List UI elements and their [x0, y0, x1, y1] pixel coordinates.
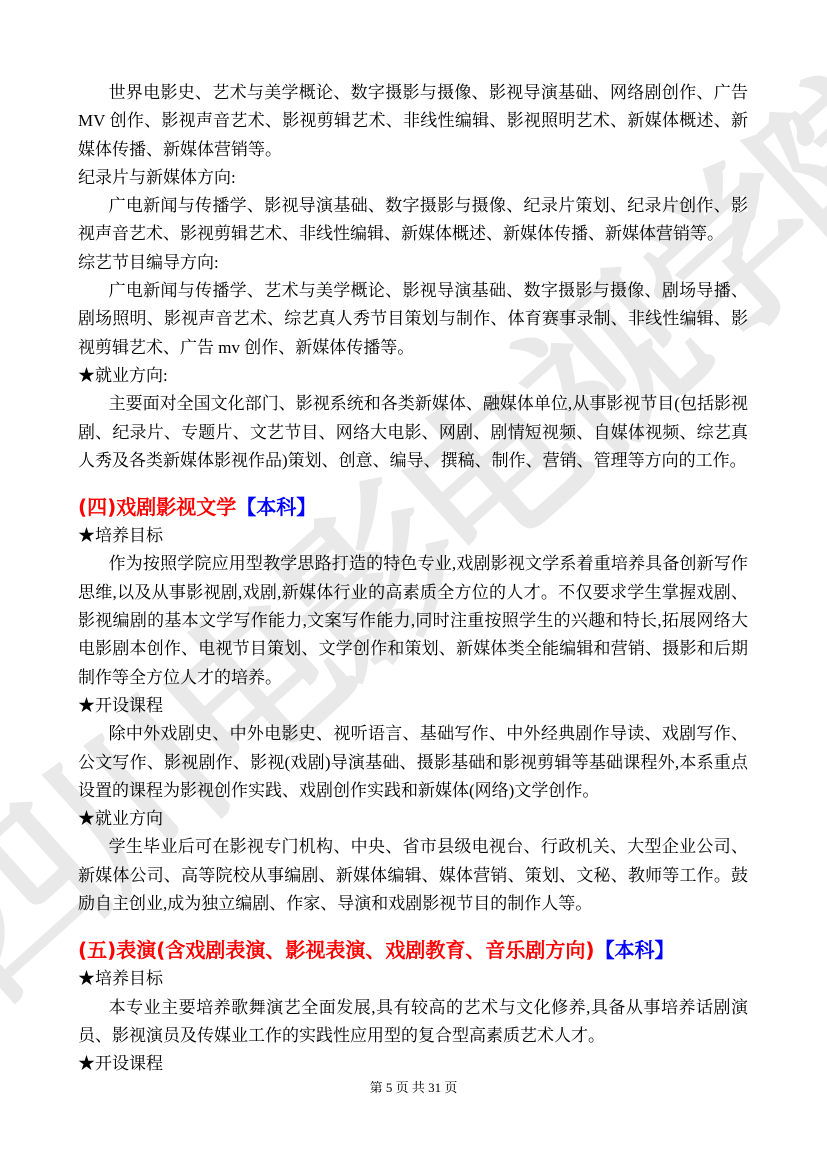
heading-title-text: (四)戏剧影视文学: [78, 495, 236, 519]
courses-label-sec5: ★开设课程: [78, 1050, 748, 1078]
paragraph-variety-courses: 广电新闻与传播学、艺术与美学概论、影视导演基础、数字摄影与摄像、剧场导播、剧场照…: [78, 277, 748, 362]
training-goal-label-sec4: ★培养目标: [78, 522, 748, 550]
paragraph-employment-sec4: 学生毕业后可在影视专门机构、中央、省市县级电视台、行政机关、大型企业公司、新媒体…: [78, 833, 748, 918]
paragraph-tv-editing-employment: 主要面对全国文化部门、影视系统和各类新媒体、融媒体单位,从事影视节目(包括影视剧…: [78, 390, 748, 475]
employment-label-tv-editing: ★就业方向:: [78, 362, 748, 390]
page-number: 第 5 页 共 31 页: [0, 1079, 827, 1097]
paragraph-tv-editing-courses: 世界电影史、艺术与美学概论、数字摄影与摄像、影视导演基础、网络剧创作、广告 MV…: [78, 79, 748, 164]
section-heading-performance: (五)表演(含戏剧表演、影视表演、戏剧教育、音乐剧方向)【本科】: [78, 935, 748, 965]
section-heading-drama-film-literature: (四)戏剧影视文学【本科】: [78, 492, 748, 522]
paragraph-training-goal-sec5: 本专业主要培养歌舞演艺全面发展,具有较高的艺术与文化修养,具备从事培养话剧演员、…: [78, 994, 748, 1051]
direction-label-variety: 综艺节目编导方向:: [78, 249, 748, 277]
heading-title-text: (五)表演(含戏剧表演、影视表演、戏剧教育、音乐剧方向): [78, 938, 595, 962]
heading-degree-badge: 【本科】: [236, 495, 316, 519]
document-page: 世界电影史、艺术与美学概论、数字摄影与摄像、影视导演基础、网络剧创作、广告 MV…: [78, 0, 748, 1079]
courses-label-sec4: ★开设课程: [78, 692, 748, 720]
paragraph-courses-sec4: 除中外戏剧史、中外电影史、视听语言、基础写作、中外经典剧作导读、戏剧写作、公文写…: [78, 720, 748, 805]
employment-label-sec4: ★就业方向: [78, 805, 748, 833]
paragraph-training-goal-sec4: 作为按照学院应用型教学思路打造的特色专业,戏剧影视文学系着重培养具备创新写作思维…: [78, 550, 748, 691]
heading-degree-badge: 【本科】: [595, 938, 675, 962]
direction-label-documentary: 纪录片与新媒体方向:: [78, 164, 748, 192]
training-goal-label-sec5: ★培养目标: [78, 965, 748, 993]
paragraph-documentary-courses: 广电新闻与传播学、影视导演基础、数字摄影与摄像、纪录片策划、纪录片创作、影视声音…: [78, 192, 748, 249]
